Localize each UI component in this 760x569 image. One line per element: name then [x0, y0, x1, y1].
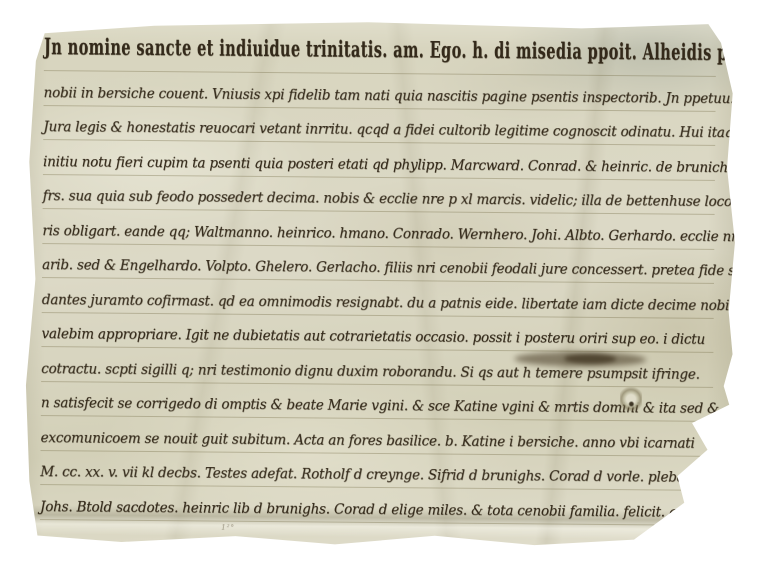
parchment-charter: Jn nomine sancte et indiuidue trinitatis…	[22, 13, 739, 551]
manuscript-line: n satisfecit se corrigedo di omptis & be…	[41, 382, 713, 422]
manuscript-line: arib. sed & Engelhardo. Volpto. Ghelero.…	[42, 244, 714, 284]
manuscript-line: Johs. Btold sacdotes. heinric lib d brun…	[40, 485, 712, 525]
parchment-hole	[620, 387, 642, 411]
manuscript-line: initiu notu fieri cupim ta psenti quia p…	[43, 140, 715, 180]
manuscript-line: Jura legis & honestatis reuocari vetant …	[43, 106, 715, 146]
manuscript-line: valebim appropriare. Igit ne dubietatis …	[41, 313, 713, 353]
small-notation: 1²°	[221, 523, 235, 531]
photo-background: Jn nomine sancte et indiuidue trinitatis…	[0, 0, 760, 569]
manuscript-line: nobii in bersiche couent. Vniusis xpi fi…	[44, 71, 716, 111]
manuscript-text: Jn nomine sancte et indiuidue trinitatis…	[40, 29, 716, 537]
manuscript-line: dantes juramto cofirmast. qd ea omnimodi…	[42, 278, 714, 318]
manuscript-line: frs. sua quia sub feodo possedert decima…	[43, 175, 715, 215]
manuscript-line: excomunicoem se nouit guit subitum. Acta…	[41, 416, 713, 456]
manuscript-line: Jn nomine sancte et indiuidue trinitatis…	[44, 6, 717, 77]
manuscript-line: ris obligart. eande qq; Waltmanno. heinr…	[42, 209, 714, 249]
manuscript-line: M. cc. xx. v. vii kl decbs. Testes adefa…	[40, 451, 712, 491]
